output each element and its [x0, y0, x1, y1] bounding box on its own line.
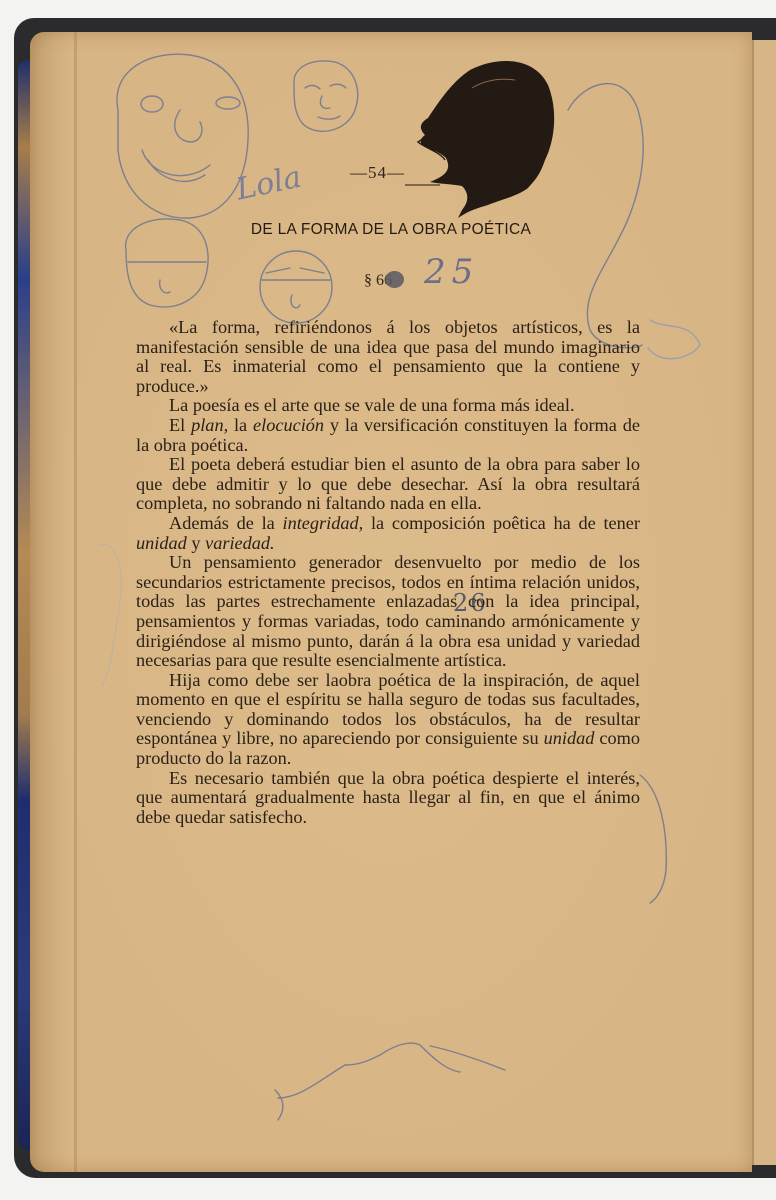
ink-blot — [385, 271, 404, 288]
paragraph: La poesía es el arte que se vale de una … — [136, 396, 640, 416]
italic-term: integridad, — [283, 513, 364, 533]
chapter-title: DE LA FORMA DE LA OBRA POÉTICA — [0, 221, 776, 239]
italic-term: elocución — [253, 415, 324, 435]
page-fold-line — [74, 32, 77, 1172]
paragraph: El poeta deberá estudiar bien el asunto … — [136, 455, 640, 514]
text-segment: y — [187, 533, 205, 553]
text-segment: la — [228, 415, 253, 435]
text-segment: La poesía es el arte que se vale de una … — [169, 395, 575, 415]
text-segment: El — [169, 415, 191, 435]
page-number: —54— — [350, 163, 405, 183]
handwritten-number-top: 25 — [424, 252, 479, 292]
text-segment: Además de la — [169, 513, 283, 533]
text-segment: Un pensamiento generador desenvuelto por… — [136, 552, 640, 670]
italic-term: unidad — [544, 728, 595, 748]
paragraph: Es necesario también que la obra poética… — [136, 769, 640, 828]
body-text: «La forma, refiriéndonos á los objetos a… — [136, 318, 640, 827]
italic-term: plan, — [191, 415, 228, 435]
paragraph: El plan, la elocución y la versificación… — [136, 416, 640, 455]
italic-term: unidad — [136, 533, 187, 553]
next-page-edge — [752, 40, 776, 1165]
italic-term: variedad. — [205, 533, 275, 553]
paragraph: Además de la integridad, la composición … — [136, 514, 640, 553]
paragraph: Un pensamiento generador desenvuelto por… — [136, 553, 640, 671]
text-segment: «La forma, refiriéndonos á los objetos a… — [136, 317, 640, 396]
text-segment: El poeta deberá estudiar bien el asunto … — [136, 454, 640, 513]
paragraph: «La forma, refiriéndonos á los objetos a… — [136, 318, 640, 396]
paragraph: Hija como debe ser laobra poética de la … — [136, 671, 640, 769]
text-segment: Es necesario también que la obra poética… — [136, 768, 640, 827]
text-segment: la composición poêtica ha de tener — [363, 513, 640, 533]
